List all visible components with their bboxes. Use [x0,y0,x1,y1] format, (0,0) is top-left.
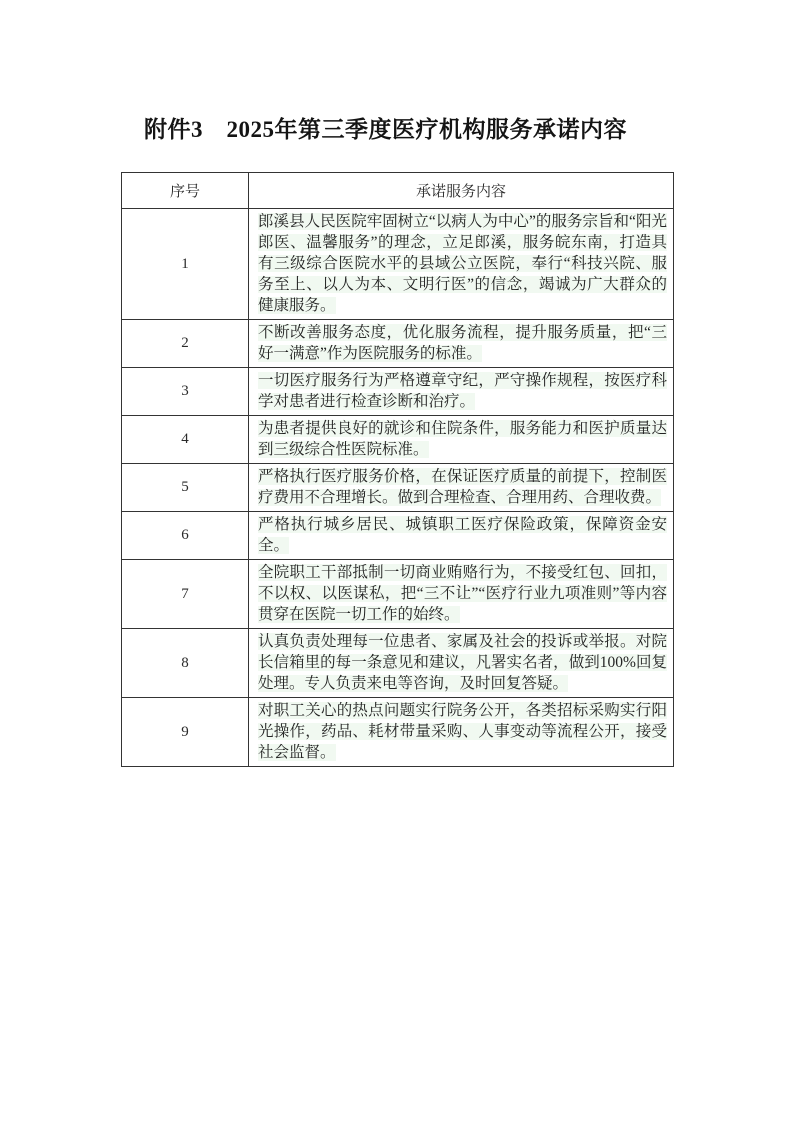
row-content-cell: 为患者提供良好的就诊和住院条件，服务能力和医护质量达到三级综合性医院标准。 [249,416,674,464]
row-content-text: 郎溪县人民医院牢固树立“以病人为中心”的服务宗旨和“阳光郎医、温馨服务”的理念，… [258,213,667,314]
row-content-text: 一切医疗服务行为严格遵章守纪，严守操作规程，按医疗科学对患者进行检查诊断和治疗。 [258,372,667,410]
table-row: 6 严格执行城乡居民、城镇职工医疗保险政策，保障资金安全。 [122,512,674,560]
table-row: 7 全院职工干部抵制一切商业贿赂行为，不接受红包、回扣，不以权、以医谋私，把“三… [122,560,674,629]
row-number-cell: 2 [122,320,249,368]
table-row: 2 不断改善服务态度，优化服务流程，提升服务质量，把“三好一满意”作为医院服务的… [122,320,674,368]
header-cell-no: 序号 [122,173,249,209]
table-row: 5 严格执行医疗服务价格，在保证医疗质量的前提下，控制医疗费用不合理增长。做到合… [122,464,674,512]
row-number-cell: 6 [122,512,249,560]
header-cell-content: 承诺服务内容 [249,173,674,209]
row-content-text: 不断改善服务态度，优化服务流程，提升服务质量，把“三好一满意”作为医院服务的标准… [258,324,667,362]
table-row: 3 一切医疗服务行为严格遵章守纪，严守操作规程，按医疗科学对患者进行检查诊断和治… [122,368,674,416]
row-number-cell: 8 [122,629,249,698]
row-number-cell: 7 [122,560,249,629]
row-content-cell: 严格执行城乡居民、城镇职工医疗保险政策，保障资金安全。 [249,512,674,560]
row-number-cell: 4 [122,416,249,464]
service-commitment-table: 序号 承诺服务内容 1 郎溪县人民医院牢固树立“以病人为中心”的服务宗旨和“阳光… [121,172,674,767]
row-content-text: 全院职工干部抵制一切商业贿赂行为，不接受红包、回扣，不以权、以医谋私，把“三不让… [258,564,667,623]
row-number-cell: 1 [122,209,249,320]
row-number-cell: 9 [122,698,249,767]
table-row: 4 为患者提供良好的就诊和住院条件，服务能力和医护质量达到三级综合性医院标准。 [122,416,674,464]
table-row: 1 郎溪县人民医院牢固树立“以病人为中心”的服务宗旨和“阳光郎医、温馨服务”的理… [122,209,674,320]
row-content-cell: 认真负责处理每一位患者、家属及社会的投诉或举报。对院长信箱里的每一条意见和建议，… [249,629,674,698]
row-number-cell: 3 [122,368,249,416]
row-content-cell: 不断改善服务态度，优化服务流程，提升服务质量，把“三好一满意”作为医院服务的标准… [249,320,674,368]
document-title: 附件3 2025年第三季度医疗机构服务承诺内容 [144,114,704,146]
row-number-cell: 5 [122,464,249,512]
row-content-cell: 一切医疗服务行为严格遵章守纪，严守操作规程，按医疗科学对患者进行检查诊断和治疗。 [249,368,674,416]
row-content-cell: 严格执行医疗服务价格，在保证医疗质量的前提下，控制医疗费用不合理增长。做到合理检… [249,464,674,512]
row-content-text: 认真负责处理每一位患者、家属及社会的投诉或举报。对院长信箱里的每一条意见和建议，… [258,633,667,692]
row-content-cell: 郎溪县人民医院牢固树立“以病人为中心”的服务宗旨和“阳光郎医、温馨服务”的理念，… [249,209,674,320]
document-page: 附件3 2025年第三季度医疗机构服务承诺内容 序号 承诺服务内容 1 郎溪县人… [0,0,793,1122]
table-header-row: 序号 承诺服务内容 [122,173,674,209]
row-content-cell: 对职工关心的热点问题实行院务公开，各类招标采购实行阳光操作，药品、耗材带量采购、… [249,698,674,767]
row-content-text: 严格执行城乡居民、城镇职工医疗保险政策，保障资金安全。 [258,516,667,554]
table-row: 9 对职工关心的热点问题实行院务公开，各类招标采购实行阳光操作，药品、耗材带量采… [122,698,674,767]
row-content-text: 为患者提供良好的就诊和住院条件，服务能力和医护质量达到三级综合性医院标准。 [258,420,667,458]
row-content-text: 严格执行医疗服务价格，在保证医疗质量的前提下，控制医疗费用不合理增长。做到合理检… [258,468,667,506]
table-row: 8 认真负责处理每一位患者、家属及社会的投诉或举报。对院长信箱里的每一条意见和建… [122,629,674,698]
row-content-cell: 全院职工干部抵制一切商业贿赂行为，不接受红包、回扣，不以权、以医谋私，把“三不让… [249,560,674,629]
row-content-text: 对职工关心的热点问题实行院务公开，各类招标采购实行阳光操作，药品、耗材带量采购、… [258,702,667,761]
